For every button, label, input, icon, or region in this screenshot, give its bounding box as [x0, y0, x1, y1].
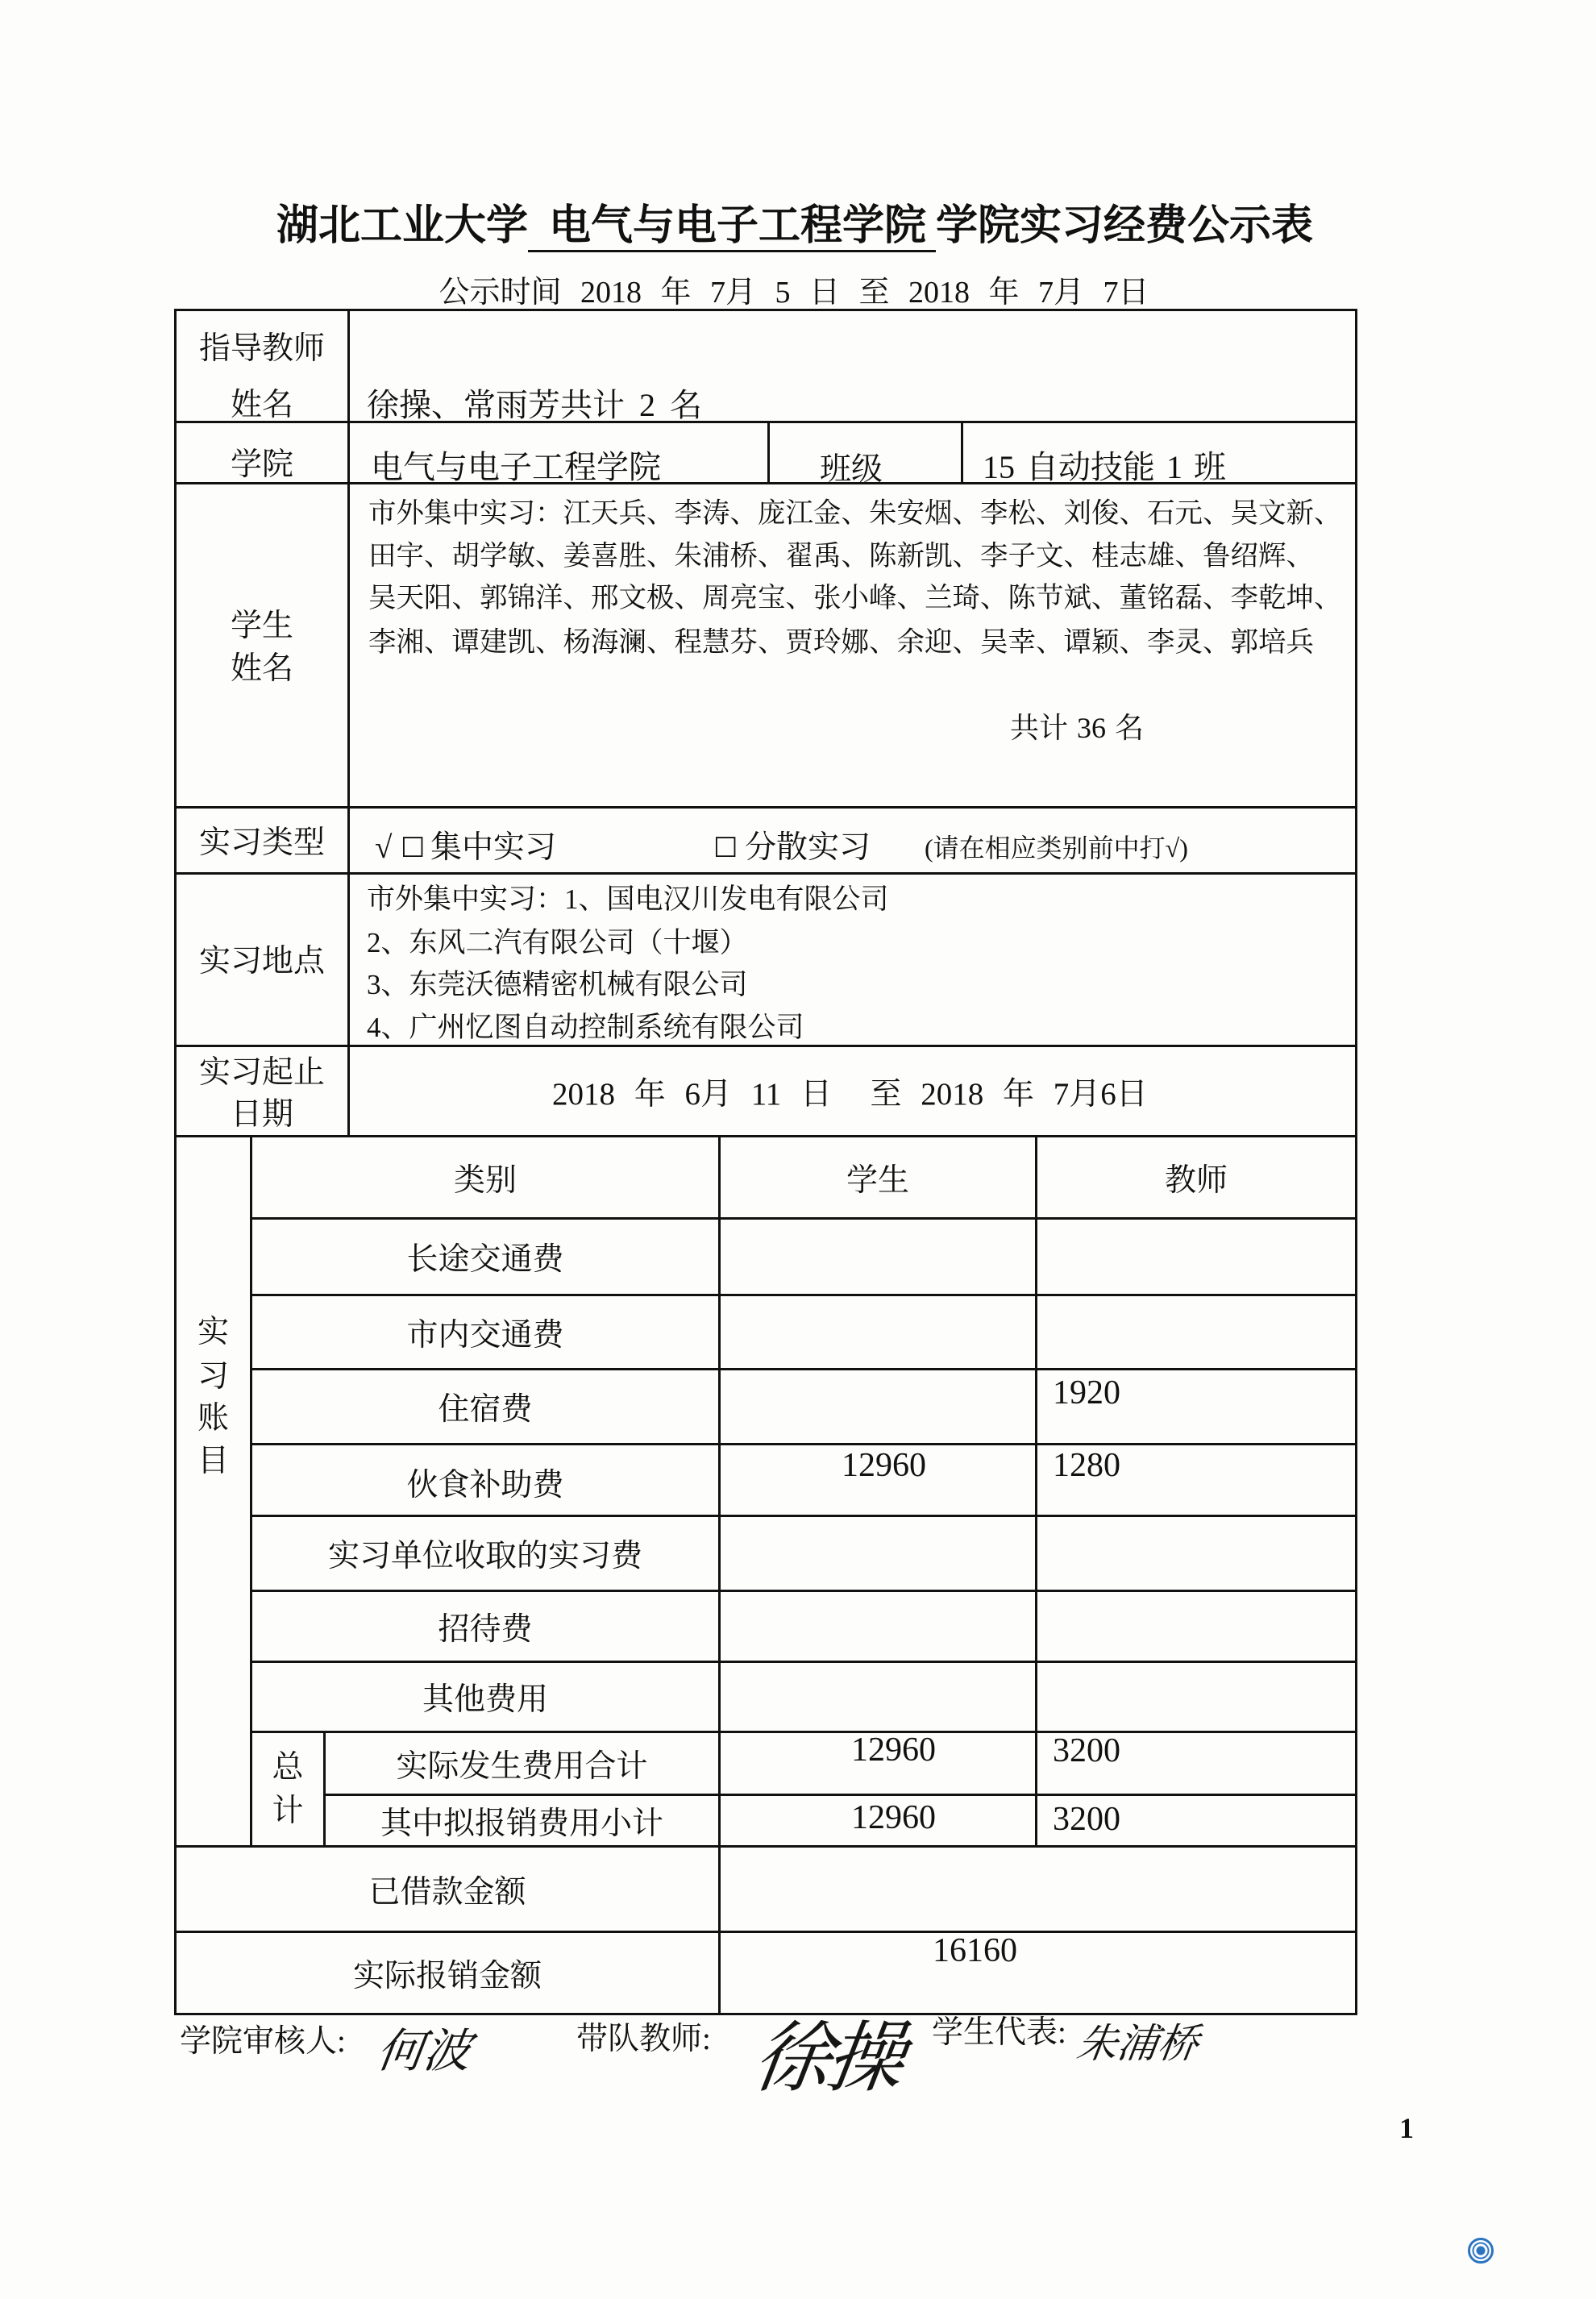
college-label-cell: 学院: [177, 423, 350, 484]
borrowed-value-cell: [721, 1848, 1357, 1933]
teacher-label-cell: 指导教师 姓名: [177, 311, 350, 423]
header-student: 学生: [721, 1137, 1037, 1220]
student-amount: 12960: [851, 1801, 936, 1835]
ledger-row-teacher: [1037, 1663, 1357, 1733]
ledger-label-char: 习: [177, 1361, 250, 1392]
title-suffix: 学院实习经费公示表: [936, 203, 1313, 249]
reviewer-label: 学院审核人:: [180, 2026, 346, 2057]
total-actual-teacher: 3200: [1037, 1733, 1357, 1796]
title-college-underlined: 电气与电子工程学院: [528, 203, 936, 252]
page-number: 1: [1399, 2114, 1414, 2143]
borrowed-label: 已借款金额: [177, 1848, 721, 1933]
type-value-cell: √ ☐ 集中实习 ☐ 分散实习 (请在相应类别前中打√): [350, 809, 1357, 875]
class-value: 15 自动技能 1 班: [983, 451, 1226, 484]
reviewer-signature: 何波: [374, 2027, 474, 2074]
location-label-cell: 实习地点: [177, 875, 350, 1047]
ledger-row-student: [721, 1517, 1037, 1592]
ledger-row-category: 市内交通费: [252, 1296, 721, 1370]
location-line: 3、东莞沃德精密机械有限公司: [367, 971, 748, 999]
ledger-row-student: [721, 1370, 1037, 1445]
total-actual-student: 12960: [721, 1733, 1037, 1796]
ledger-row-student: [721, 1663, 1037, 1733]
total-reimbursable-label: 其中拟报销费用小计: [326, 1796, 721, 1848]
totals-label-cell: 总 计: [252, 1733, 326, 1848]
type-label-cell: 实习类型: [177, 809, 350, 875]
location-line: 4、广州忆图自动控制系统有限公司: [367, 1013, 804, 1041]
team-leader-label: 带队教师:: [576, 2023, 711, 2055]
ledger-row-category: 招待费: [252, 1592, 721, 1663]
title-university: 湖北工业大学: [276, 203, 528, 249]
teacher-label-line2: 姓名: [177, 389, 347, 421]
page-title: 湖北工业大学电气与电子工程学院学院实习经费公示表: [0, 202, 1590, 252]
ledger-row-teacher: [1037, 1592, 1357, 1663]
total-reimbursable-teacher: 3200: [1037, 1796, 1357, 1848]
teacher-amount: 3200: [1053, 1734, 1120, 1768]
students-label-line1: 学生: [177, 610, 347, 642]
ledger-section-label-cell: 实 习 账 目: [177, 1137, 252, 1848]
ledger-row-student: [721, 1592, 1037, 1663]
reimbursement-label: 实际报销金额: [177, 1933, 721, 2015]
students-value-cell: 市外集中实习：江天兵、李涛、庞江金、朱安烟、李松、刘俊、石元、吴文新、 田宇、胡…: [350, 484, 1357, 809]
student-rep-label: 学生代表:: [932, 2017, 1066, 2048]
ledger-row-teacher: [1037, 1296, 1357, 1370]
college-value-cell: 电气与电子工程学院: [350, 423, 770, 484]
expense-notice-page: 湖北工业大学电气与电子工程学院学院实习经费公示表 公示时间 2018 年 7月 …: [0, 0, 1596, 2299]
teacher-value-cell: 徐操、常雨芳共计 2 名: [350, 311, 1357, 423]
ledger-row-teacher: 1920: [1037, 1370, 1357, 1445]
option-centralized-label: 集中实习: [430, 832, 556, 863]
reimbursement-value-cell: 16160: [721, 1933, 1357, 2015]
dates-label-line1: 实习起止: [177, 1057, 347, 1088]
total-actual-label: 实际发生费用合计: [326, 1733, 721, 1796]
ledger-row-teacher: 1280: [1037, 1445, 1357, 1517]
publicity-period: 公示时间 2018 年 7月 5 日 至 2018 年 7月 7日: [0, 276, 1588, 309]
class-label: 班级: [820, 454, 883, 485]
teacher-amount: 1280: [1053, 1449, 1120, 1482]
ledger-row-category: 住宿费: [252, 1370, 721, 1445]
total-reimbursable-student: 12960: [721, 1796, 1037, 1848]
ledger-row-teacher: [1037, 1517, 1357, 1592]
teacher-amount: 1920: [1053, 1376, 1120, 1410]
location-line: 市外集中实习：1、国电汉川发电有限公司: [367, 885, 889, 913]
ledger-row-student: 12960: [721, 1445, 1037, 1517]
checkmark-icon: √: [375, 832, 392, 863]
teacher-names: 徐操、常雨芳共计 2 名: [367, 389, 702, 422]
location-label: 实习地点: [177, 946, 347, 977]
dates-label-line2: 日期: [177, 1099, 347, 1130]
ledger-row-category: 长途交通费: [252, 1220, 721, 1296]
ledger-row-student: [721, 1220, 1037, 1296]
ledger-row-category: 伙食补助费: [252, 1445, 721, 1517]
option-dispersed-label: 分散实习: [745, 832, 871, 863]
ledger-row-student: [721, 1296, 1037, 1370]
student-names-line: 田宇、胡学敏、姜喜胜、朱浦桥、翟禹、陈新凯、李子文、桂志雄、鲁绍辉、: [368, 543, 1314, 571]
students-label-cell: 学生 姓名: [177, 484, 350, 809]
class-label-cell: 班级: [770, 423, 963, 484]
location-value-cell: 市外集中实习：1、国电汉川发电有限公司 2、东风二汽有限公司（十堰） 3、东莞沃…: [350, 875, 1357, 1047]
college-value: 电气与电子工程学院: [371, 451, 661, 484]
university-logo-icon: [1468, 2238, 1494, 2264]
ledger-label-char: 目: [177, 1445, 250, 1477]
student-names-line: 市外集中实习：江天兵、李涛、庞江金、朱安烟、李松、刘俊、石元、吴文新、: [368, 500, 1342, 528]
student-amount: 12960: [842, 1449, 926, 1482]
team-leader-signature: 徐操: [749, 2019, 904, 2097]
teacher-label-line1: 指导教师: [177, 333, 347, 364]
checkbox-icon: ☐: [713, 834, 738, 862]
college-label: 学院: [177, 449, 347, 480]
totals-label-char: 计: [252, 1795, 323, 1827]
type-instruction-note: (请在相应类别前中打√): [925, 835, 1188, 861]
student-rep-signature: 朱浦桥: [1074, 2023, 1201, 2064]
student-amount: 12960: [851, 1733, 936, 1767]
student-names-line: 李湘、谭建凯、杨海澜、程慧芬、贾玲娜、余迎、吴幸、谭颖、李灵、郭培兵: [368, 629, 1314, 657]
totals-label-char: 总: [252, 1752, 323, 1783]
location-line: 2、东风二汽有限公司（十堰）: [367, 929, 748, 957]
ledger-row-category: 其他费用: [252, 1663, 721, 1733]
teacher-amount: 3200: [1053, 1802, 1120, 1836]
header-teacher: 教师: [1037, 1137, 1357, 1220]
reimbursement-amount: 16160: [933, 1934, 1017, 1968]
class-value-cell: 15 自动技能 1 班: [963, 423, 1357, 484]
ledger-row-category: 实习单位收取的实习费: [252, 1517, 721, 1592]
dates-value-cell: 2018 年 6月 11 日 至 2018 年 7月6日: [350, 1047, 1357, 1137]
dates-value: 2018 年 6月 11 日 至 2018 年 7月6日: [552, 1079, 1148, 1110]
checkbox-icon: ☐: [401, 834, 425, 862]
students-total: 共计 36 名: [1010, 713, 1144, 742]
ledger-label-char: 账: [177, 1403, 250, 1434]
header-category: 类别: [252, 1137, 721, 1220]
dates-label-cell: 实习起止 日期: [177, 1047, 350, 1137]
student-names-line: 吴天阳、郭锦洋、邢文极、周亮宝、张小峰、兰琦、陈节斌、董铭磊、李乾坤、: [368, 584, 1342, 613]
students-label-line2: 姓名: [177, 653, 347, 684]
expense-notice-table: 指导教师 姓名 徐操、常雨芳共计 2 名 学院 电气与电子工程学院 班级 15 …: [174, 309, 1357, 2015]
ledger-row-teacher: [1037, 1220, 1357, 1296]
ledger-label-char: 实: [177, 1316, 250, 1348]
type-label: 实习类型: [177, 827, 347, 858]
